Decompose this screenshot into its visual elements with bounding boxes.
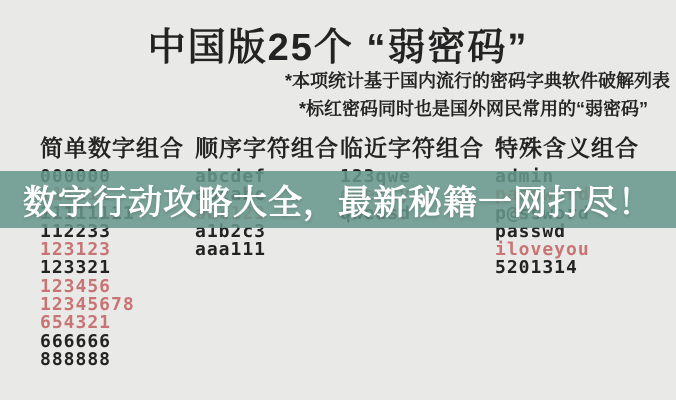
password-item: 654321: [40, 314, 205, 332]
weak-password-infographic: 中国版25个 “弱密码” *本项统计基于国内流行的密码字典软件破解列表 *标红密…: [0, 0, 676, 400]
column-header: 特殊含义组合: [495, 130, 660, 168]
password-item: 888888: [40, 351, 205, 369]
column-header: 临近字符组合: [340, 130, 505, 168]
password-item: aaa111: [195, 241, 360, 259]
promo-banner: 数字行动攻略大全，最新秘籍一网打尽！: [0, 171, 676, 228]
promo-banner-text: 数字行动攻略大全，最新秘籍一网打尽！: [23, 175, 653, 224]
column-header: 顺序字符组合: [195, 130, 360, 168]
password-column: 简单数字组合0000001111111111111111223312312312…: [40, 130, 205, 369]
password-item: 5201314: [495, 259, 660, 277]
column-header: 简单数字组合: [40, 130, 205, 168]
